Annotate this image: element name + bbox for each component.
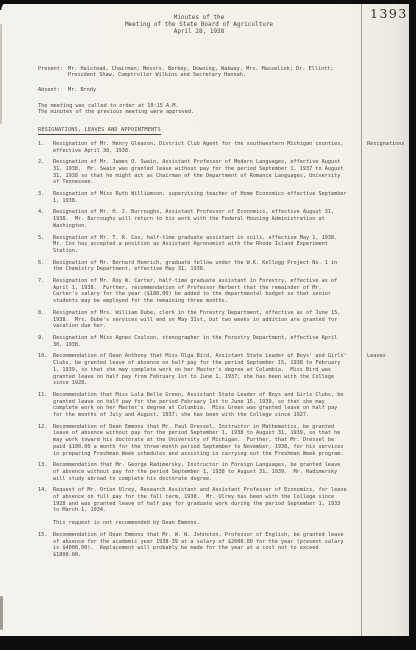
item-number: 9.: [38, 335, 53, 348]
item-text: Resignation of Miss Agnes Coulson, steno…: [53, 335, 349, 348]
item-text: Resignation of Mr. Bernard Homrich, grad…: [53, 260, 349, 273]
scan-edge-bottom: [0, 636, 416, 650]
item-text: Resignation of Mr. T. R. Cox, half-time …: [53, 235, 349, 255]
document-content: Minutes of the Meeting of the State Boar…: [38, 14, 360, 564]
item-text: Recommendation of Dean Emmons that Mr. P…: [53, 424, 349, 458]
item-text: Resignation of Mr. Henry Gleason, Distri…: [53, 141, 349, 154]
minutes-item: 9.Resignation of Miss Agnes Coulson, ste…: [38, 335, 360, 348]
item-text: Recommendation of Dean Anthony that Miss…: [53, 353, 349, 387]
minutes-item: 12.Recommendation of Dean Emmons that Mr…: [38, 424, 360, 458]
section-heading: RESIGNATIONS, LEAVES AND APPOINTMENTS: [38, 127, 360, 134]
opening-statements: The meeting was called to order at 10:15…: [38, 103, 360, 116]
minutes-item: 4.Resignation of Mr. H. J. Burroughs, As…: [38, 209, 360, 229]
item-text: Resignation of Mr. Roy W. Carter, half-t…: [53, 278, 349, 305]
present-row: Present: Mr. Halstead, Chairman; Messrs.…: [38, 66, 360, 79]
minutes-item: 15.Recommendation of Dean Emmons that Mr…: [38, 532, 360, 559]
margin-rule: [361, 4, 362, 636]
document-page: 1393 Minutes of the Meeting of the State…: [0, 0, 416, 650]
minutes-approved-line: The minutes of the previous meeting were…: [38, 109, 360, 116]
item-text: Recommendation that Miss Lola Belle Gree…: [53, 392, 349, 419]
item-number: 2.: [38, 159, 53, 186]
present-names: Mr. Halstead, Chairman; Messrs. Berkey, …: [68, 66, 360, 79]
scan-corner-top-left: [0, 0, 10, 10]
document-title: Minutes of the Meeting of the State Boar…: [38, 14, 360, 36]
item-number: 11.: [38, 392, 53, 419]
absent-row: Absent: Mr. Brody: [38, 87, 360, 94]
margin-note: Resignations: [367, 141, 416, 148]
section-heading-text: RESIGNATIONS, LEAVES AND APPOINTMENTS: [38, 127, 161, 135]
minutes-item: 10.Recommendation of Dean Anthony that M…: [38, 353, 360, 387]
scan-edge-right: [409, 0, 416, 650]
absent-names: Mr. Brody: [68, 87, 360, 94]
page-number: 1393: [370, 11, 408, 18]
item-text: Recommendation of Dean Emmons that Mr. W…: [53, 532, 349, 559]
item-number: 15.: [38, 532, 53, 559]
item-text: Resignation of Mrs. William Dube, clerk …: [53, 310, 349, 330]
item-text: Resignation of Mr. H. J. Burroughs, Assi…: [53, 209, 349, 229]
item-number: 5.: [38, 235, 53, 255]
minutes-item: 6.Resignation of Mr. Bernard Homrich, gr…: [38, 260, 360, 273]
title-line-3: April 28, 1938: [38, 28, 360, 35]
minutes-item: 8.Resignation of Mrs. William Dube, cler…: [38, 310, 360, 330]
item-text: Request of Mr. Orion Ulrey, Research Ass…: [53, 487, 349, 527]
absent-label: Absent:: [38, 87, 68, 94]
minutes-item: 3.Resignation of Miss Ruth Williamson, s…: [38, 191, 360, 204]
margin-note: Leaves: [367, 353, 416, 360]
minutes-item: 11.Recommendation that Miss Lola Belle G…: [38, 392, 360, 419]
scan-smudge-left-top: [0, 24, 2, 124]
title-line-2: Meeting of the State Board of Agricultur…: [38, 21, 360, 28]
attendance-block: Present: Mr. Halstead, Chairman; Messrs.…: [38, 66, 360, 94]
item-number: 12.: [38, 424, 53, 458]
title-line-1: Minutes of the: [38, 14, 360, 21]
item-text: Recommendation that Mr. George Radimersk…: [53, 462, 349, 482]
minutes-item: 14.Request of Mr. Orion Ulrey, Research …: [38, 487, 360, 527]
scan-smudge-left-bottom: [0, 596, 3, 630]
call-to-order-line: The meeting was called to order at 10:15…: [38, 103, 360, 110]
present-label: Present:: [38, 66, 68, 79]
item-text: Resignation of Mr. James O. Swain, Assis…: [53, 159, 349, 186]
minutes-item: 5.Resignation of Mr. T. R. Cox, half-tim…: [38, 235, 360, 255]
item-number: 7.: [38, 278, 53, 305]
minutes-item: 13.Recommendation that Mr. George Radime…: [38, 462, 360, 482]
item-text: Resignation of Miss Ruth Williamson, sup…: [53, 191, 349, 204]
minutes-items-list: 1.Resignation of Mr. Henry Gleason, Dist…: [38, 141, 360, 559]
item-number: 3.: [38, 191, 53, 204]
item-number: 1.: [38, 141, 53, 154]
item-number: 4.: [38, 209, 53, 229]
minutes-item: 2.Resignation of Mr. James O. Swain, Ass…: [38, 159, 360, 186]
minutes-item: 7.Resignation of Mr. Roy W. Carter, half…: [38, 278, 360, 305]
item-number: 8.: [38, 310, 53, 330]
item-number: 13.: [38, 462, 53, 482]
item-number: 6.: [38, 260, 53, 273]
item-extra-note: This request is not recommended by Dean …: [53, 520, 349, 527]
minutes-item: 1.Resignation of Mr. Henry Gleason, Dist…: [38, 141, 360, 154]
item-number: 10.: [38, 353, 53, 387]
item-number: 14.: [38, 487, 53, 527]
scan-edge-top: [0, 0, 416, 4]
